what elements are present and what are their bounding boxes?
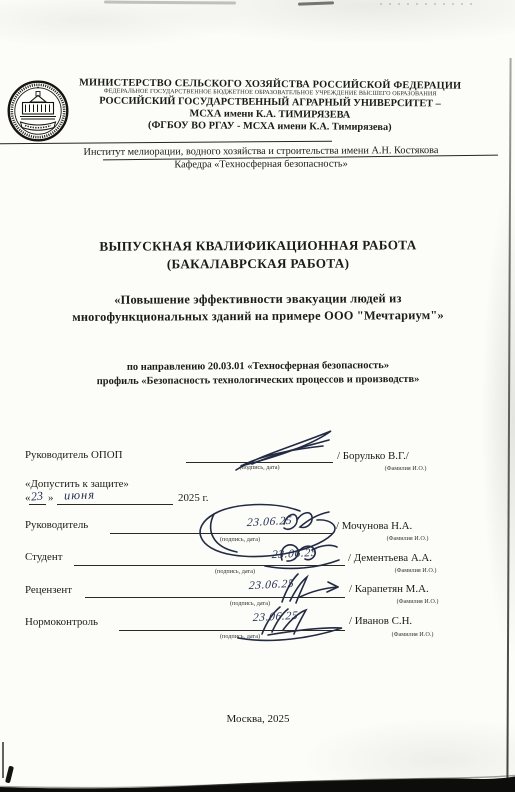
sig-row-name-hint: (Фамилия И.О.) [370, 535, 445, 542]
work-title-line1: ВЫПУСКНАЯ КВАЛИФИКАЦИОННАЯ РАБОТА [20, 236, 496, 256]
scan-edge-right [506, 58, 511, 778]
sig-row-role: Нормоконтроль [25, 616, 98, 628]
sig-row-name: / Мочунова Н.А. [336, 520, 412, 532]
sig-row-line [110, 520, 332, 534]
sig-row-line [85, 584, 345, 598]
sig-row-sign-hint: (подпись, дата) [185, 633, 295, 640]
sig-row-role: Руководитель [25, 519, 88, 531]
sig-row-role: Рецензент [25, 584, 72, 596]
department-line: Кафедра «Техносферная безопасность» [30, 157, 492, 172]
sig-row-sign-hint: (подпись, дата) [180, 568, 290, 575]
sig-row-date-handwritten: 23.06.25 [252, 610, 298, 624]
admit-month-handwritten: июня [64, 487, 96, 503]
university-abbreviation: (ФГБОУ ВО РГАУ - МСХА имени К.А. Тимиряз… [40, 118, 500, 135]
work-title: ВЫПУСКНАЯ КВАЛИФИКАЦИОННАЯ РАБОТА (БАКАЛ… [20, 236, 496, 273]
scan-bottom-band [0, 766, 515, 792]
scanned-title-page: МИНИСТЕРСТВО СЕЛЬСКОГО ХОЗЯЙСТВА РОССИЙС… [0, 0, 515, 792]
document-header: МИНИСТЕРСТВО СЕЛЬСКОГО ХОЗЯЙСТВА РОССИЙС… [40, 77, 500, 135]
sig-row-name-hint: (Фамилия И.О.) [375, 631, 450, 638]
opop-sign-hint: (подпись, дата) [186, 464, 333, 471]
sig-row-name-hint: (Фамилия И.О.) [378, 567, 453, 574]
scan-smudge [298, 1, 334, 5]
work-theme: «Повышение эффективности эвакуации людей… [14, 290, 502, 327]
sig-row-name-hint: (Фамилия И.О.) [380, 598, 455, 605]
sig-row-name: / Карапетян М.А. [349, 583, 429, 595]
sig-row-date-handwritten: 23.06.25 [271, 547, 317, 561]
opop-name-hint: (Фамилия И.О.) [368, 465, 443, 472]
scan-smudge [104, 1, 236, 4]
sig-row-name: / Иванов С.Н. [349, 615, 412, 627]
sig-row-date-handwritten: 23.06.25 [246, 515, 292, 529]
program-block: по направлению 20.03.01 «Техносферная бе… [20, 358, 496, 389]
sig-row-name: / Дементьева А.А. [348, 552, 432, 564]
admit-year: 2025 г. [178, 492, 208, 504]
profile-line: профиль «Безопасность технологических пр… [20, 372, 496, 389]
footer-city-year: Москва, 2025 [20, 713, 496, 725]
work-title-line2: (БАКАЛАВРСКАЯ РАБОТА) [20, 253, 496, 273]
work-theme-line2: многофункциональных зданий на примере ОО… [14, 307, 502, 327]
opop-name: / Борулько В.Г./ [337, 450, 409, 462]
sig-row-line [119, 617, 345, 631]
sig-row-role: Студент [25, 551, 62, 563]
sig-row-sign-hint: (подпись, дата) [185, 536, 295, 543]
scan-smudge [380, 3, 475, 5]
admit-day-line [29, 491, 46, 505]
opop-role-label: Руководитель ОПОП [25, 449, 122, 461]
sig-row-sign-hint: (подпись, дата) [195, 600, 305, 607]
sig-row-date-handwritten: 23.06.25 [248, 578, 294, 592]
admit-quote-close: » [48, 492, 53, 504]
opop-signature-line [186, 449, 333, 463]
